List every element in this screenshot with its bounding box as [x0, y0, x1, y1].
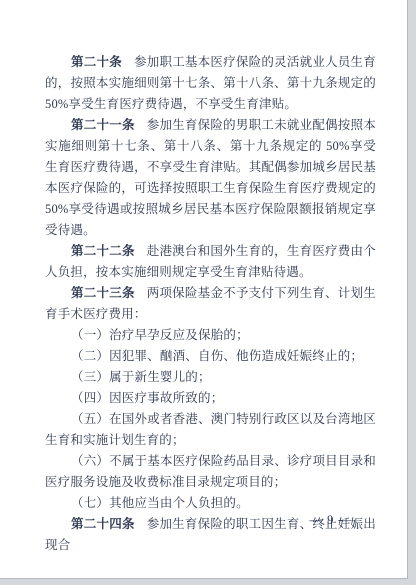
article-number: 第二十条 [71, 55, 122, 69]
article-number: 第二十二条 [71, 244, 135, 258]
list-item-text: （三）属于新生婴儿的； [71, 370, 211, 384]
article-paragraph-23: 第二十三条两项保险基金不予支付下列生育、计划生育手术医疗费用： [45, 283, 376, 325]
list-item-2: （二）因犯罪、酗酒、自伤、他伤造成妊娠终止的； [45, 346, 376, 367]
article-number: 第二十三条 [71, 286, 135, 300]
list-item-text: （一）治疗早孕反应及保胎的； [71, 328, 249, 342]
article-paragraph-22: 第二十二条赴港澳台和国外生育的，生育医疗费由个人负担，按本实施细则规定享受生育津… [45, 241, 376, 283]
list-item-1: （一）治疗早孕反应及保胎的； [45, 325, 376, 346]
list-item-text: （五）在国外或者香港、澳门特别行政区以及台湾地区生育和实施计划生育的； [45, 412, 376, 447]
article-paragraph-21: 第二十一条参加生育保险的男职工未就业配偶按照本实施细则第十七条、第十八条、第十九… [45, 115, 376, 241]
list-item-4: （四）因医疗事故所致的； [45, 388, 376, 409]
list-item-text: （六）不属于基本医疗保险药品目录、诊疗项目目录和医疗服务设施及收费标准目录规定项… [45, 454, 376, 489]
list-item-text: （七）其他应当由个人负担的。 [71, 496, 249, 510]
scanned-page: 第二十条参加职工基本医疗保险的灵活就业人员生育的，按照本实施细则第十七条、第十八… [0, 0, 408, 579]
document-body: 第二十条参加职工基本医疗保险的灵活就业人员生育的，按照本实施细则第十七条、第十八… [45, 52, 376, 556]
list-item-text: （四）因医疗事故所致的； [71, 391, 223, 405]
scan-viewport: 第二十条参加职工基本医疗保险的灵活就业人员生育的，按照本实施细则第十七条、第十八… [0, 0, 416, 585]
page-number: — 9 — [45, 513, 376, 528]
list-item-7: （七）其他应当由个人负担的。 [45, 493, 376, 514]
list-item-text: （二）因犯罪、酗酒、自伤、他伤造成妊娠终止的； [71, 349, 363, 363]
list-item-5: （五）在国外或者香港、澳门特别行政区以及台湾地区生育和实施计划生育的； [45, 409, 376, 451]
article-text: 参加生育保险的男职工未就业配偶按照本实施细则第十七条、第十八条、第十九条规定的 … [45, 118, 376, 237]
list-item-3: （三）属于新生婴儿的； [45, 367, 376, 388]
article-number: 第二十一条 [71, 118, 135, 132]
article-paragraph-20: 第二十条参加职工基本医疗保险的灵活就业人员生育的，按照本实施细则第十七条、第十八… [45, 52, 376, 115]
list-item-6: （六）不属于基本医疗保险药品目录、诊疗项目目录和医疗服务设施及收费标准目录规定项… [45, 451, 376, 493]
